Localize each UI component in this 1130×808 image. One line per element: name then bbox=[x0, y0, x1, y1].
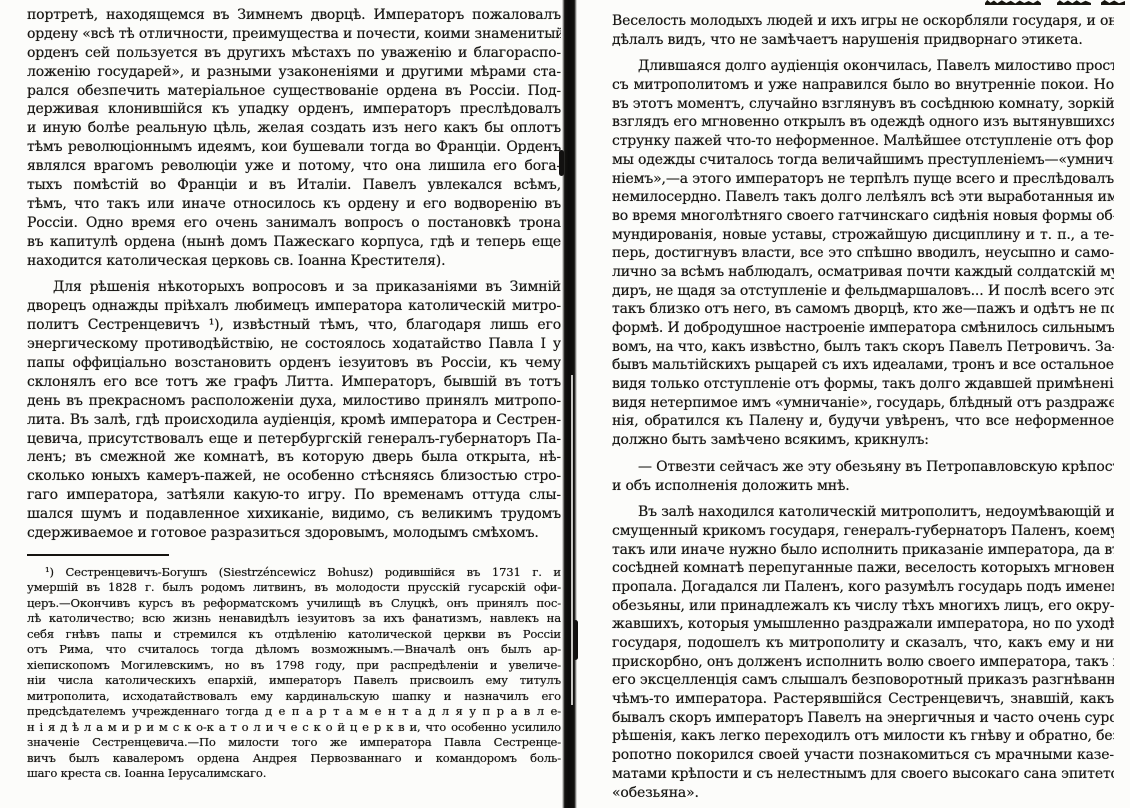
text-line: находится католическая церковь св. Іоанн… bbox=[27, 252, 561, 271]
text-line: — Отвезти сейчасъ же эту обезьяну въ Пет… bbox=[612, 458, 1114, 477]
text-line: видя только отступленіе отъ формы, такъ … bbox=[612, 375, 1114, 394]
text-line: митрополита, исходатайствовалъ ему карди… bbox=[27, 689, 561, 705]
text-line: значеніе Сестренцевича.—По милости того … bbox=[27, 735, 561, 751]
header-text-sliver bbox=[985, 0, 1041, 5]
left-page-body-text: портретѣ, находящемся въ Зимнемъ дворцѣ.… bbox=[27, 6, 561, 543]
text-line: такъ или иначе нужно было исполнить прик… bbox=[612, 541, 1114, 560]
text-line: сдерживаемое и готовое разразиться здоро… bbox=[27, 524, 561, 543]
text-line: видя нетерпимое имъ «умничаніе», государ… bbox=[612, 394, 1114, 413]
text-line: и иную болѣе реальную цѣль, желая создат… bbox=[27, 119, 561, 138]
text-line: ніемъ»,—а этого императоръ не терпѣлъ пу… bbox=[612, 170, 1114, 189]
text-line: струнку пажей что-то неформенное. Малѣйш… bbox=[612, 132, 1114, 151]
text-line: рѣшенія, какъ легко переходилъ отъ милос… bbox=[612, 727, 1114, 746]
text-line: такъ близко отъ него, въ самомъ дворцѣ, … bbox=[612, 300, 1114, 319]
right-page-column: Веселость молодыхъ людей и ихъ игры не о… bbox=[612, 12, 1114, 802]
text-line: папы оффиціально возстановить орденъ іез… bbox=[27, 354, 561, 373]
right-page-body-text: Веселость молодыхъ людей и ихъ игры не о… bbox=[612, 12, 1114, 802]
text-line: взглядъ его мгновенно открылъ въ одеждѣ … bbox=[612, 113, 1114, 132]
text-line: перь, достигнувъ власти, все это спѣшно … bbox=[612, 244, 1114, 263]
text-line: диръ, не щадя за отступленіе и фельдмарш… bbox=[612, 282, 1114, 301]
text-line: Для рѣшенія нѣкоторыхъ вопросовъ и за пр… bbox=[27, 278, 561, 297]
text-line: держивая клонившійся къ упадку орденъ, и… bbox=[27, 100, 561, 119]
text-line: Россіи. Одно время его очень занималъ во… bbox=[27, 214, 561, 233]
gutter-highlight-streak bbox=[571, 375, 573, 705]
text-line: чѣмъ-то императора. Растерявшійся Сестре… bbox=[612, 690, 1114, 709]
text-line: ложенію государей», и разными узаконенія… bbox=[27, 63, 561, 82]
paragraph: портретѣ, находящемся въ Зимнемъ дворцѣ.… bbox=[27, 6, 561, 270]
text-line: дѣлалъ видъ, что не замѣчаетъ нарушенія … bbox=[612, 31, 1114, 50]
text-line: должно быть замѣчено всякимъ, крикнулъ: bbox=[612, 431, 1114, 450]
text-line: бывалъ скоръ императоръ Павелъ на энерги… bbox=[612, 709, 1114, 728]
text-line: портретѣ, находящемся въ Зимнемъ дворцѣ.… bbox=[27, 6, 561, 25]
text-line: лѣ католичество; всю жизнь ненавидѣлъ іе… bbox=[27, 611, 561, 627]
cropped-running-header bbox=[985, 0, 1125, 6]
text-line: орденъ сей пользуется въ другихъ мѣстахъ… bbox=[27, 44, 561, 63]
text-line: отъ Рима, что считалось тогда дѣломъ воз… bbox=[27, 642, 561, 658]
text-line: ропотно покорился своей участи познакоми… bbox=[612, 746, 1114, 765]
text-line: себя гнѣвъ папы и стремился къ отдѣленію… bbox=[27, 627, 561, 643]
text-line: церъ.—Окончивъ курсъ въ реформатскомъ уч… bbox=[27, 596, 561, 612]
text-line: бывъ мальтійскихъ рыцарей съ ихъ идеалам… bbox=[612, 356, 1114, 375]
page-number-sliver bbox=[1101, 0, 1125, 5]
text-line: гаго императора, затѣяли какую-то игру. … bbox=[27, 486, 561, 505]
text-line: мы одежды считалось тогда величайшимъ пр… bbox=[612, 151, 1114, 170]
text-line: Длившаяся долго аудіенція окончилась, Па… bbox=[612, 57, 1114, 76]
text-line: государя, подошелъ къ митрополиту и сказ… bbox=[612, 634, 1114, 653]
text-line: въ этотъ моментъ, случайно взглянувъ въ … bbox=[612, 95, 1114, 114]
text-line: обезьяны, или принадлежалъ къ числу тѣхъ… bbox=[612, 597, 1114, 616]
text-line: тыхъ помѣстій во Франціи и въ Италіи. Па… bbox=[27, 176, 561, 195]
text-line: сосѣдней комнатѣ перепуганные пажи, весе… bbox=[612, 559, 1114, 578]
text-line: тѣмъ, что такъ или иначе относилось къ о… bbox=[27, 195, 561, 214]
text-line: ¹) Сестренцевичъ-Богушъ (Siestrzéncewicz… bbox=[27, 565, 561, 581]
text-line: жавшихъ, которыя умышленно раздражали им… bbox=[612, 615, 1114, 634]
text-line: съ митрополитомъ и уже направился было в… bbox=[612, 76, 1114, 95]
text-line: умершій въ 1828 г. былъ родомъ литвинъ, … bbox=[27, 580, 561, 596]
text-line: тѣмъ революціоннымъ идеямъ, кои бушевали… bbox=[27, 138, 561, 157]
paragraph: — Отвезти сейчасъ же эту обезьяну въ Пет… bbox=[612, 458, 1114, 495]
left-page-column: портретѣ, находящемся въ Зимнемъ дворцѣ.… bbox=[27, 6, 561, 782]
text-line: ордену «всѣ тѣ отличности, преимущества … bbox=[27, 25, 561, 44]
gutter-ink-blot bbox=[559, 150, 564, 176]
text-line: ленъ; въ смежной же комнатѣ, въ которую … bbox=[27, 448, 561, 467]
text-line: энергическому противодѣйствію, не состоя… bbox=[27, 335, 561, 354]
text-line: цевича, присутствовалъ еще и петербургск… bbox=[27, 430, 561, 449]
text-line: матами крѣпости и съ нелестнымъ для свое… bbox=[612, 765, 1114, 784]
text-line: шался шумъ и подавленное хихиканіе, види… bbox=[27, 505, 561, 524]
text-line: лита. Въ залѣ, гдѣ происходила аудіенція… bbox=[27, 411, 561, 430]
text-line: являлся врагомъ революціи уже и потому, … bbox=[27, 157, 561, 176]
left-page-footnote: ¹) Сестренцевичъ-Богушъ (Siestrzéncewicz… bbox=[27, 565, 561, 782]
text-line: дворецъ однажды пріѣхалъ любимецъ импера… bbox=[27, 297, 561, 316]
paragraph: Для рѣшенія нѣкоторыхъ вопросовъ и за пр… bbox=[27, 278, 561, 542]
text-line: сколько юныхъ камеръ-пажей, не особенно … bbox=[27, 467, 561, 486]
paragraph: ¹) Сестренцевичъ-Богушъ (Siestrzéncewicz… bbox=[27, 565, 561, 782]
text-line: пропала. Догадался ли Паленъ, кого разум… bbox=[612, 578, 1114, 597]
text-line: рался обезпечить матеріальное существова… bbox=[27, 82, 561, 101]
text-line: ніи числа католическихъ епархій, императ… bbox=[27, 673, 561, 689]
gutter-ink-blot bbox=[573, 620, 578, 660]
paragraph: Длившаяся долго аудіенція окончилась, Па… bbox=[612, 57, 1114, 449]
binding-gutter-shadow bbox=[562, 0, 577, 808]
text-line: хіепископомъ Могилевскимъ, но въ 1798 го… bbox=[27, 658, 561, 674]
text-line: день въ прекрасномъ расположеніи духа, м… bbox=[27, 392, 561, 411]
text-line: Въ залѣ находился католическій митрополи… bbox=[612, 503, 1114, 522]
text-line: немилосердно. Павелъ такъ долго лелѣялъ … bbox=[612, 188, 1114, 207]
text-line: «обезьяна». bbox=[612, 784, 1114, 803]
text-line: въ капитулѣ ордена (нынѣ домъ Пажескаго … bbox=[27, 233, 561, 252]
text-line: лично за всѣмъ наблюдалъ, осматривая поч… bbox=[612, 263, 1114, 282]
header-text-sliver bbox=[1057, 0, 1091, 5]
text-line: шаго креста св. Іоанна Іерусалимскаго. bbox=[27, 766, 561, 782]
text-line: нія, обратился къ Палену и, будучи увѣре… bbox=[612, 412, 1114, 431]
text-line: и объ исполненія доложить мнѣ. bbox=[612, 477, 1114, 496]
text-line: его эксцелленція самъ слышалъ безповорот… bbox=[612, 671, 1114, 690]
text-line: смущенный крикомъ государя, генералъ-губ… bbox=[612, 522, 1114, 541]
text-line: во время многолѣтняго своего гатчинскаго… bbox=[612, 207, 1114, 226]
text-line: Веселость молодыхъ людей и ихъ игры не о… bbox=[612, 12, 1114, 31]
text-line: н і я д ѣ л а м и р и м с к о-к а т о л … bbox=[27, 720, 561, 736]
text-line: мундированія, новые уставы, строжайшую д… bbox=[612, 226, 1114, 245]
text-line: предсѣдателемъ учрежденнаго тогда д е п … bbox=[27, 704, 561, 720]
paragraph: Въ залѣ находился католическій митрополи… bbox=[612, 503, 1114, 802]
text-line: вичъ былъ кавалеромъ ордена Андрея Перво… bbox=[27, 751, 561, 767]
text-line: вомъ, на что, какъ извѣстно, былъ такъ с… bbox=[612, 338, 1114, 357]
scanned-book-spread: портретѣ, находящемся въ Зимнемъ дворцѣ.… bbox=[0, 0, 1130, 808]
paragraph: Веселость молодыхъ людей и ихъ игры не о… bbox=[612, 12, 1114, 49]
text-line: склонялъ его все тотъ же графъ Литта. Им… bbox=[27, 373, 561, 392]
footnote-separator-rule bbox=[27, 554, 169, 556]
text-line: прискорбно, онъ долженъ исполнить волю с… bbox=[612, 653, 1114, 672]
text-line: формѣ. И добродушное настроеніе императо… bbox=[612, 319, 1114, 338]
text-line: политъ Сестренцевичъ ¹), извѣстный тѣмъ,… bbox=[27, 316, 561, 335]
